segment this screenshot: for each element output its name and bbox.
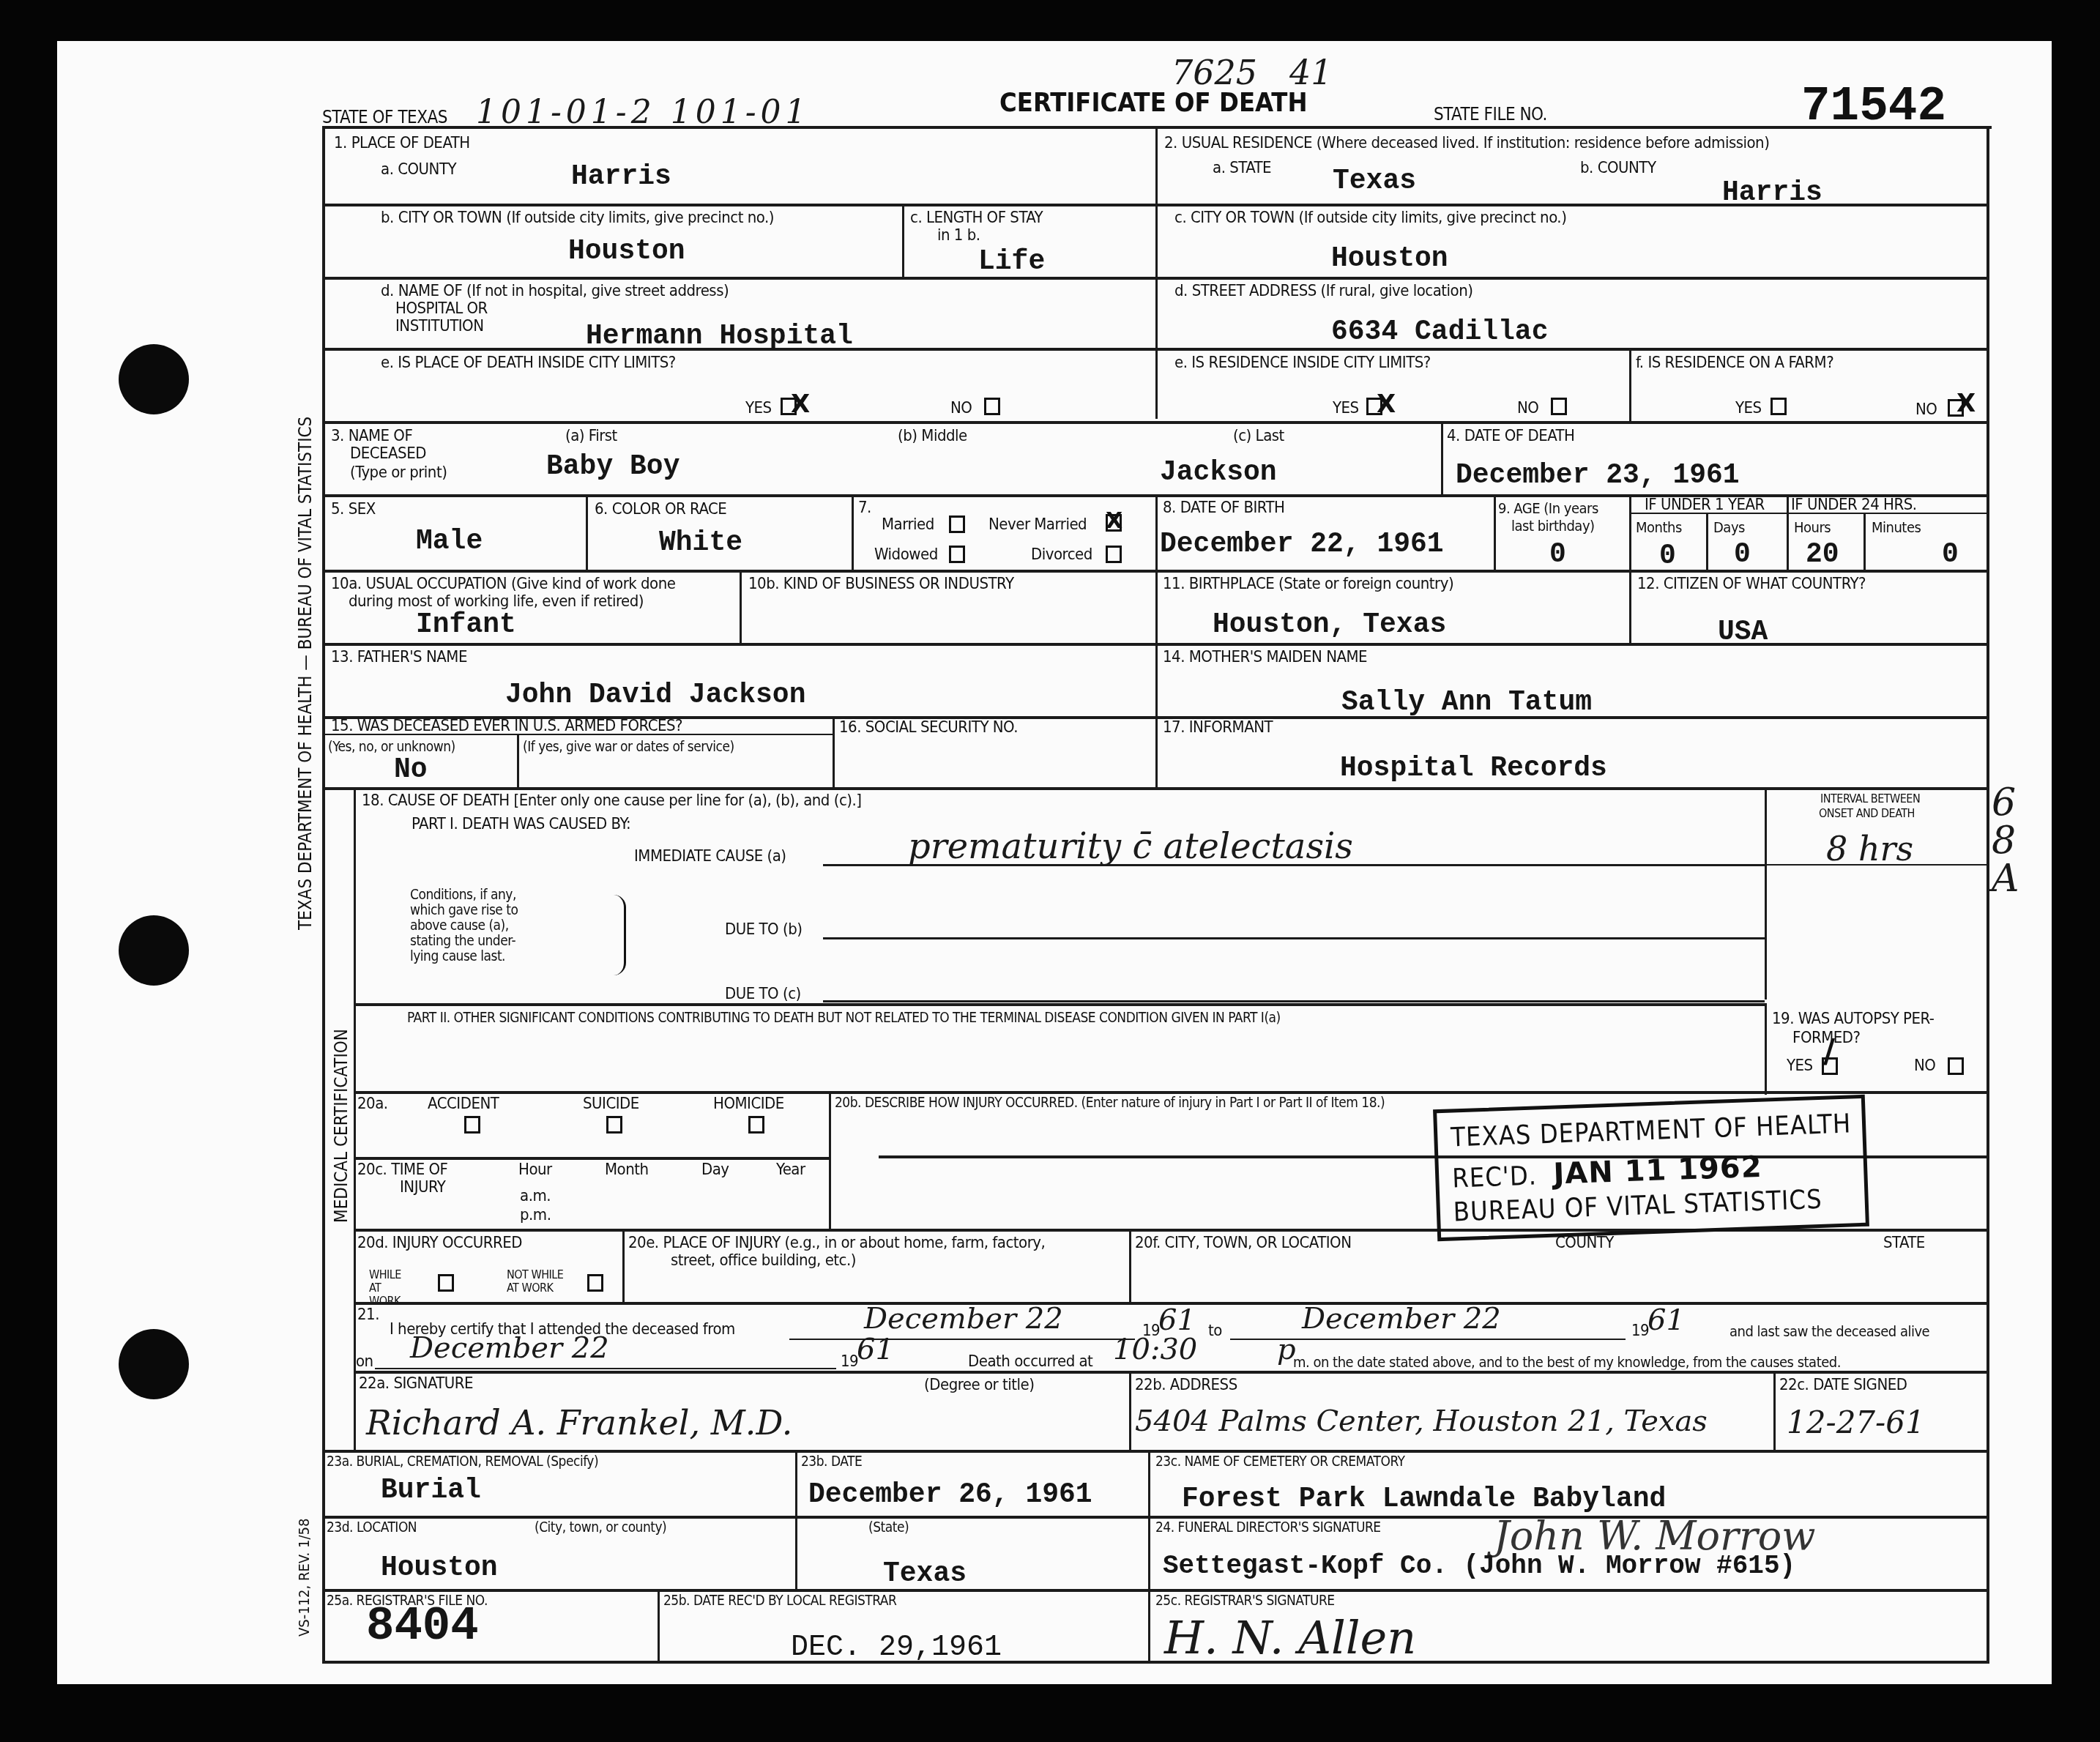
physician-address: 5404 Palms Center, Houston 21, Texas <box>1135 1404 1708 1438</box>
interval-label: INTERVAL BETWEEN <box>1820 792 1920 805</box>
certify-text-2: and last saw the deceased alive <box>1729 1322 1929 1340</box>
divider-cemetery <box>1148 1450 1150 1662</box>
divider-burial-date <box>795 1450 797 1589</box>
yes-label: YES <box>745 400 772 417</box>
injury-state-label: STATE <box>1883 1235 1925 1252</box>
last-seen-year-prefix: 19 <box>841 1353 858 1371</box>
armed-yn-label: (Yes, no, or unknown) <box>328 740 455 755</box>
state-of-texas-label: STATE OF TEXAS <box>322 108 447 126</box>
year-label: Year <box>776 1161 805 1179</box>
conditions-line-2: which gave rise to <box>410 903 518 918</box>
divider-farm <box>1629 348 1631 421</box>
mother-label: 14. MOTHER'S MAIDEN NAME <box>1163 649 1367 666</box>
divider-interval <box>1765 787 1767 1000</box>
funeral-director-value: Settegast-Kopf Co. (John W. Morrow #615) <box>1163 1551 1795 1581</box>
not-while-at-work-label: NOT WHILE AT WORK <box>507 1268 565 1295</box>
cemetery-label: 23c. NAME OF CEMETERY OR CREMATORY <box>1155 1454 1405 1470</box>
due-to-b-label: DUE TO (b) <box>725 921 802 939</box>
residence-state-label: a. STATE <box>1213 160 1271 177</box>
farm-yes-checkbox[interactable] <box>1771 398 1787 415</box>
widowed-checkbox[interactable] <box>949 546 965 563</box>
row-line-4 <box>322 421 1989 424</box>
divider-injury-occurred <box>622 1229 625 1302</box>
months-label: Months <box>1636 518 1682 536</box>
citizen-label: 12. CITIZEN OF WHAT COUNTRY? <box>1637 576 1866 593</box>
armed-service-label: (If yes, give war or dates of service) <box>523 740 734 755</box>
month-label: Month <box>605 1161 649 1179</box>
farm-no-label: NO <box>1915 401 1937 419</box>
divider-minutes <box>1863 513 1866 570</box>
last-name-value: Jackson <box>1160 457 1277 488</box>
farm-yes-label: YES <box>1735 400 1762 417</box>
funeral-director-label: 24. FUNERAL DIRECTOR'S SIGNATURE <box>1155 1520 1381 1536</box>
divider-1-2 <box>1155 126 1158 419</box>
divorced-checkbox[interactable] <box>1106 546 1122 563</box>
burial-method-value: Burial <box>381 1475 481 1506</box>
ssn-label: 16. SOCIAL SECURITY NO. <box>839 719 1018 737</box>
conditions-line-3: above cause (a), <box>410 918 518 934</box>
stamp-received-date: JAN 11 1962 <box>1553 1150 1763 1191</box>
last-seen-year-value: 61 <box>857 1333 894 1366</box>
signature-label: 22a. SIGNATURE <box>359 1375 473 1393</box>
registrar-signature: H. N. Allen <box>1164 1611 1416 1664</box>
day-label: Day <box>701 1161 729 1179</box>
death-at-label: Death occurred at <box>968 1353 1092 1371</box>
city-label: b. CITY OR TOWN (If outside city limits,… <box>381 209 774 227</box>
divider-injury-describe <box>829 1091 831 1230</box>
residence-city-label: c. CITY OR TOWN (If outside city limits,… <box>1174 209 1566 227</box>
race-label: 6. COLOR OR RACE <box>595 501 726 518</box>
name-of-deceased-label-2: DECEASED <box>350 445 426 463</box>
row-line-16 <box>322 1450 1989 1453</box>
autopsy-yes-label: YES <box>1787 1057 1813 1075</box>
married-checkbox[interactable] <box>949 515 965 533</box>
immediate-cause-value: prematurity c̄ atelectasis <box>908 826 1353 867</box>
physician-signature: Richard A. Frankel, M.D. <box>366 1403 792 1443</box>
due-to-b-line <box>823 937 1765 939</box>
length-of-stay-label-2: in 1 b. <box>937 227 980 245</box>
part1-label: PART I. DEATH WAS CAUSED BY: <box>412 816 630 833</box>
age-years-value: 0 <box>1549 539 1566 570</box>
residence-county-label: b. COUNTY <box>1580 160 1656 177</box>
farm-label: f. IS RESIDENCE ON A FARM? <box>1636 354 1833 372</box>
burial-method-label: 23a. BURIAL, CREMATION, REMOVAL (Specify… <box>327 1454 598 1470</box>
conditions-label: Conditions, if any, which gave rise to a… <box>410 887 518 964</box>
burial-location-label: 23d. LOCATION <box>327 1520 417 1536</box>
occupation-label: 10a. USUAL OCCUPATION (Give kind of work… <box>331 576 675 593</box>
row-line-2 <box>322 277 1989 280</box>
to-label: to <box>1208 1322 1222 1340</box>
while-at-work-checkbox[interactable] <box>438 1274 454 1292</box>
armed-forces-label: 15. WAS DECEASED EVER IN U.S. ARMED FORC… <box>331 718 682 735</box>
industry-label: 10b. KIND OF BUSINESS OR INDUSTRY <box>748 576 1013 593</box>
divider-date-signed <box>1773 1371 1776 1451</box>
divider-days <box>1706 513 1708 570</box>
row-line-15 <box>354 1371 1989 1374</box>
divider-signature <box>1129 1371 1131 1451</box>
age-label: 9. AGE (In years <box>1498 499 1598 517</box>
widowed-label: Widowed <box>874 546 938 564</box>
never-married-label: Never Married <box>988 516 1087 534</box>
burial-date-label: 23b. DATE <box>801 1454 862 1470</box>
hours-value: 20 <box>1806 539 1839 570</box>
death-city-value: Houston <box>568 236 685 267</box>
age-label-2: last birthday) <box>1511 517 1595 535</box>
place-of-injury-label-2: street, office building, etc.) <box>671 1252 856 1270</box>
marital-label: 7. <box>858 499 871 517</box>
place-of-injury-label: 20e. PLACE OF INJURY (e.g., in or about … <box>628 1235 1045 1252</box>
middle-name-label: (b) Middle <box>898 428 967 445</box>
row-line-9 <box>322 787 1989 790</box>
divider-under-year <box>1629 494 1631 643</box>
immediate-cause-label: IMMEDIATE CAUSE (a) <box>634 848 786 866</box>
handwritten-top-number: 7625 41 <box>1172 53 1332 92</box>
medical-section-border <box>354 787 356 1450</box>
row-line-18 <box>322 1589 1989 1592</box>
months-value: 0 <box>1659 540 1676 572</box>
under-1-year-label: IF UNDER 1 YEAR <box>1645 496 1765 514</box>
pm-label: p.m. <box>520 1207 551 1224</box>
informant-value: Hospital Records <box>1340 753 1607 784</box>
date-signed-value: 12-27-61 <box>1787 1404 1925 1440</box>
injury-occurred-label: 20d. INJURY OCCURRED <box>357 1235 522 1252</box>
to-date-value: December 22 <box>1302 1302 1501 1336</box>
homicide-checkbox[interactable] <box>748 1116 764 1134</box>
hour-label: Hour <box>518 1161 552 1179</box>
am-label: a.m. <box>520 1188 551 1205</box>
death-county-value: Harris <box>571 161 671 193</box>
no-label: NO <box>950 400 972 417</box>
residence-state-value: Texas <box>1333 165 1416 197</box>
form-code: VS-112, REV. 1/58 <box>295 1519 313 1637</box>
row-line-3 <box>322 348 1989 351</box>
suicide-label: SUICIDE <box>583 1095 639 1113</box>
conditions-line-4: stating the under- <box>410 934 518 949</box>
autopsy-no-checkbox[interactable] <box>1948 1057 1964 1075</box>
length-of-stay-label: c. LENGTH OF STAY <box>910 209 1043 227</box>
burial-state-label: (State) <box>868 1520 909 1536</box>
place-of-death-label: 1. PLACE OF DEATH <box>334 135 470 152</box>
state-file-no-label: STATE FILE NO. <box>1434 105 1547 123</box>
days-label: Days <box>1713 518 1745 536</box>
date-of-death-value: December 23, 1961 <box>1456 460 1740 491</box>
certify-text-3: m. on the date stated above, and to the … <box>1293 1353 1841 1371</box>
cemetery-value: Forest Park Lawndale Babyland <box>1182 1484 1666 1515</box>
autopsy-label: 19. WAS AUTOPSY PER- <box>1772 1010 1935 1028</box>
due-to-c-line <box>823 1000 1765 1002</box>
dob-value: December 22, 1961 <box>1160 529 1444 560</box>
residence-inside-yes-mark: X <box>1377 392 1396 417</box>
first-name-label: (a) First <box>565 428 617 445</box>
father-label: 13. FATHER'S NAME <box>331 649 467 666</box>
residence-county-value: Harris <box>1722 177 1822 209</box>
injury-county-label: COUNTY <box>1555 1235 1614 1252</box>
medical-certification-margin: MEDICAL CERTIFICATION <box>331 1029 351 1223</box>
burial-state-value: Texas <box>883 1558 967 1590</box>
last-seen-value: December 22 <box>410 1331 609 1365</box>
interval-label-2: ONSET AND DEATH <box>1819 807 1915 820</box>
injury-city-label: 20f. CITY, TOWN, OR LOCATION <box>1135 1235 1351 1252</box>
cause-of-death-label: 18. CAUSE OF DEATH [Enter only one cause… <box>362 792 862 810</box>
stamp-received-label: REC'D. <box>1452 1161 1538 1194</box>
divider-injury-city <box>1129 1229 1131 1302</box>
form-right-border <box>1987 126 1989 1664</box>
birthplace-value: Houston, Texas <box>1213 609 1446 641</box>
father-value: John David Jackson <box>505 680 805 711</box>
registrar-file-value: 8404 <box>366 1601 479 1653</box>
divider-date-of-death <box>1441 421 1443 494</box>
hospital-label-2: HOSPITAL OR <box>395 300 488 318</box>
citizen-value: USA <box>1718 617 1768 648</box>
time-of-injury-label: 20c. TIME OF <box>357 1161 447 1179</box>
right-margin-handwriting: 6 8 A <box>1992 783 2036 898</box>
street-address-value: 6634 Cadillac <box>1331 316 1548 348</box>
minutes-value: 0 <box>1942 539 1959 570</box>
interval-line <box>1765 864 1989 866</box>
address-label: 22b. ADDRESS <box>1135 1377 1237 1394</box>
divorced-label: Divorced <box>1031 546 1092 564</box>
homicide-label: HOMICIDE <box>713 1095 784 1113</box>
stamp-line-1: TEXAS DEPARTMENT OF HEALTH <box>1451 1109 1852 1153</box>
date-signed-label: 22c. DATE SIGNED <box>1779 1377 1907 1394</box>
describe-injury-label: 20b. DESCRIBE HOW INJURY OCCURRED. (Ente… <box>835 1095 1385 1111</box>
from-date-value: December 22 <box>864 1302 1063 1336</box>
degree-label: (Degree or title) <box>924 1377 1034 1394</box>
hospital-value: Hermann Hospital <box>586 321 853 352</box>
from-date-line <box>789 1339 1135 1340</box>
due-to-c-label: DUE TO (c) <box>725 986 801 1003</box>
sex-label: 5. SEX <box>331 501 376 518</box>
suicide-checkbox[interactable] <box>606 1116 622 1134</box>
date-of-death-label: 4. DATE OF DEATH <box>1447 428 1575 445</box>
inside-city-limits-label: e. IS PLACE OF DEATH INSIDE CITY LIMITS? <box>381 354 676 372</box>
form-bottom-border <box>322 1661 1989 1664</box>
residence-inside-no-checkbox[interactable] <box>1551 398 1567 415</box>
type-or-print-label: (Type or print) <box>350 464 447 482</box>
divider-occupation <box>740 570 742 643</box>
inside-limits-no-checkbox[interactable] <box>984 398 1000 415</box>
to-year-value: 61 <box>1647 1303 1685 1337</box>
street-address-label: d. STREET ADDRESS (If rural, give locati… <box>1174 283 1472 300</box>
inside-limits-yes-mark: X <box>791 392 810 417</box>
mother-value: Sally Ann Tatum <box>1341 687 1592 718</box>
residence-city-value: Houston <box>1331 243 1448 275</box>
certification-item-label: 21. <box>357 1306 379 1324</box>
under-24-hrs-label: IF UNDER 24 HRS. <box>1791 496 1917 514</box>
name-of-deceased-label: 3. NAME OF <box>331 428 412 445</box>
county-label: a. COUNTY <box>381 161 456 179</box>
farm-no-mark: X <box>1956 391 1976 416</box>
minutes-label: Minutes <box>1872 518 1921 536</box>
residence-inside-limits-label: e. IS RESIDENCE INSIDE CITY LIMITS? <box>1174 354 1431 372</box>
married-label: Married <box>882 516 934 534</box>
hospital-label: d. NAME OF (If not in hospital, give str… <box>381 283 729 300</box>
divider-autopsy <box>1765 1003 1767 1095</box>
interval-value: 8 hrs <box>1826 829 1913 868</box>
birthplace-label: 11. BIRTHPLACE (State or foreign country… <box>1163 576 1453 593</box>
divider-hours <box>1787 494 1789 570</box>
race-value: White <box>659 527 742 559</box>
sex-value: Male <box>416 526 483 557</box>
not-while-at-work-checkbox[interactable] <box>587 1274 603 1292</box>
usual-residence-label: 2. USUAL RESIDENCE (Where deceased lived… <box>1164 135 1769 152</box>
date-received-label: 25b. DATE REC'D BY LOCAL REGISTRAR <box>663 1593 896 1609</box>
date-received-value: DEC. 29,1961 <box>791 1631 1002 1664</box>
never-married-mark: X <box>1106 509 1122 534</box>
informant-label: 17. INFORMANT <box>1163 719 1273 737</box>
on-label: on <box>356 1353 373 1371</box>
accident-checkbox[interactable] <box>464 1116 480 1134</box>
length-of-stay-value: Life <box>978 246 1045 278</box>
last-name-label: (c) Last <box>1233 428 1284 445</box>
time-of-injury-label-2: INJURY <box>400 1179 445 1196</box>
divider-armed-yn <box>517 734 519 787</box>
bureau-margin-text: TEXAS DEPARTMENT OF HEALTH — BUREAU OF V… <box>295 417 316 930</box>
conditions-brace <box>614 895 626 975</box>
hours-label: Hours <box>1794 518 1831 536</box>
row-line-11 <box>354 1091 1989 1094</box>
burial-date-value: December 26, 1961 <box>808 1479 1092 1511</box>
injury-type-label: 20a. <box>357 1095 388 1113</box>
death-time-value: 10:30 <box>1113 1333 1197 1366</box>
divider-stay <box>902 204 904 277</box>
residence-no-label: NO <box>1517 400 1538 417</box>
part2-label: PART II. OTHER SIGNIFICANT CONDITIONS CO… <box>407 1010 1281 1026</box>
hospital-label-3: INSTITUTION <box>395 318 484 335</box>
punch-hole-bottom <box>119 1329 189 1399</box>
burial-city-value: Houston <box>381 1552 498 1584</box>
last-seen-line <box>375 1368 836 1369</box>
to-year-prefix: 19 <box>1631 1322 1649 1340</box>
days-value: 0 <box>1734 539 1751 570</box>
received-stamp: TEXAS DEPARTMENT OF HEALTH REC'D. JAN 11… <box>1433 1095 1869 1241</box>
occupation-label-2: during most of working life, even if ret… <box>349 593 644 611</box>
divider-registrar-file <box>658 1589 660 1662</box>
form-left-border <box>322 126 325 1664</box>
registrar-signature-label: 25c. REGISTRAR'S SIGNATURE <box>1155 1593 1335 1609</box>
divider-race <box>852 494 854 570</box>
burial-city-label: (City, town, or county) <box>535 1520 666 1536</box>
dob-label: 8. DATE OF BIRTH <box>1163 499 1285 517</box>
autopsy-yes-mark: / <box>1823 1040 1835 1065</box>
divider-marital <box>1155 494 1158 787</box>
row-line-12 <box>354 1157 829 1160</box>
punch-hole-middle <box>119 915 189 986</box>
occupation-value: Infant <box>416 609 516 641</box>
residence-yes-label: YES <box>1333 400 1359 417</box>
divider-ssn <box>833 716 835 787</box>
conditions-line-1: Conditions, if any, <box>410 887 518 903</box>
conditions-line-5: lying cause last. <box>410 949 518 964</box>
row-line-10 <box>354 1003 1765 1006</box>
first-name-value: Baby Boy <box>546 451 679 483</box>
divider-age <box>1494 494 1496 570</box>
accident-label: ACCIDENT <box>428 1095 499 1113</box>
divider-sex <box>586 494 588 570</box>
autopsy-no-label: NO <box>1914 1057 1935 1075</box>
armed-forces-value: No <box>394 754 428 786</box>
punch-hole-top <box>119 344 189 414</box>
certificate-title: CERTIFICATE OF DEATH <box>999 88 1308 118</box>
